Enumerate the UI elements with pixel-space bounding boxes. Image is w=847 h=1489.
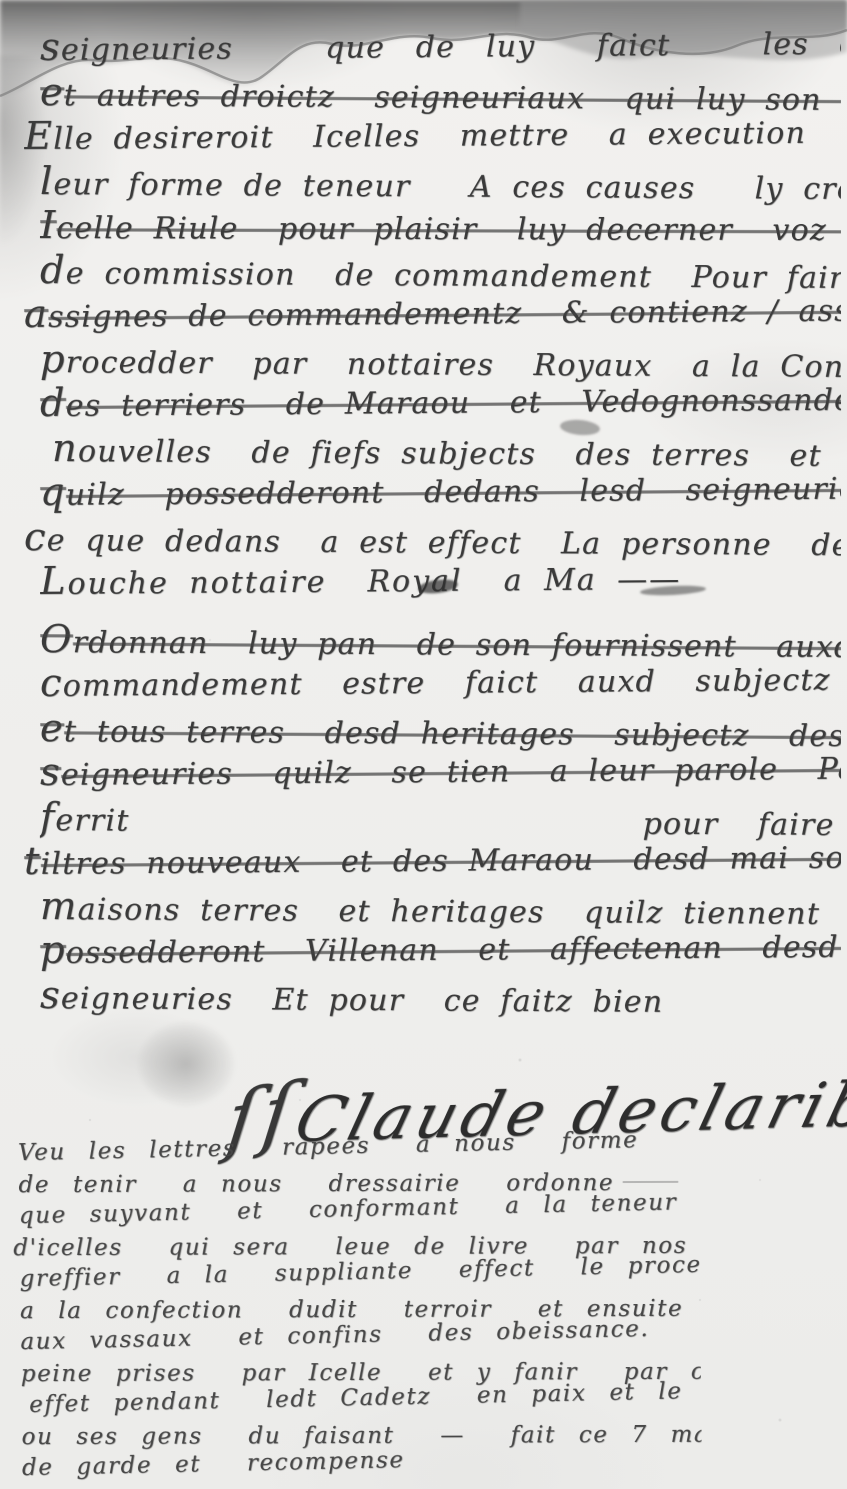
handwritten-line: assignes de commandementz & contienz / a… bbox=[24, 287, 841, 338]
handwritten-line: commandement estre faict auxd subjectz d… bbox=[40, 656, 841, 707]
main-text-block: seigneuries que de luy faict les deux ve… bbox=[40, 26, 841, 1018]
handwritten-line: tiltres nouveaux et des Maraou desd mai … bbox=[24, 834, 841, 885]
handwritten-line: des terriers de Maraou et Vedognonssande bbox=[40, 376, 841, 427]
signature: ſſClaude declariberta bbox=[128, 982, 847, 1122]
handwritten-line: Icelle Riule pour plaisir luy decerner v… bbox=[40, 204, 841, 251]
handwritten-line: seigneuries quilz se tien a leur parole … bbox=[40, 745, 841, 796]
handwritten-line: quilz possedderont dedans lesd seigneuri… bbox=[40, 465, 841, 516]
lower-text-block: Veu les lettres rapees a nous formede te… bbox=[18, 1130, 702, 1485]
handwritten-line: Elle desireroit Icelles mettre a executi… bbox=[24, 109, 841, 160]
manuscript-page: seigneuries que de luy faict les deux ve… bbox=[0, 0, 847, 1489]
handwritten-line: possedderont Villenan et affectenan desd… bbox=[40, 923, 841, 974]
handwritten-line: seigneuries que de luy faict les deux ve… bbox=[40, 20, 841, 71]
handwritten-line: Veu les lettres rapees a nous forme bbox=[18, 1124, 699, 1170]
handwritten-line: leur forme de teneur A ces causes ly cre… bbox=[40, 160, 841, 209]
